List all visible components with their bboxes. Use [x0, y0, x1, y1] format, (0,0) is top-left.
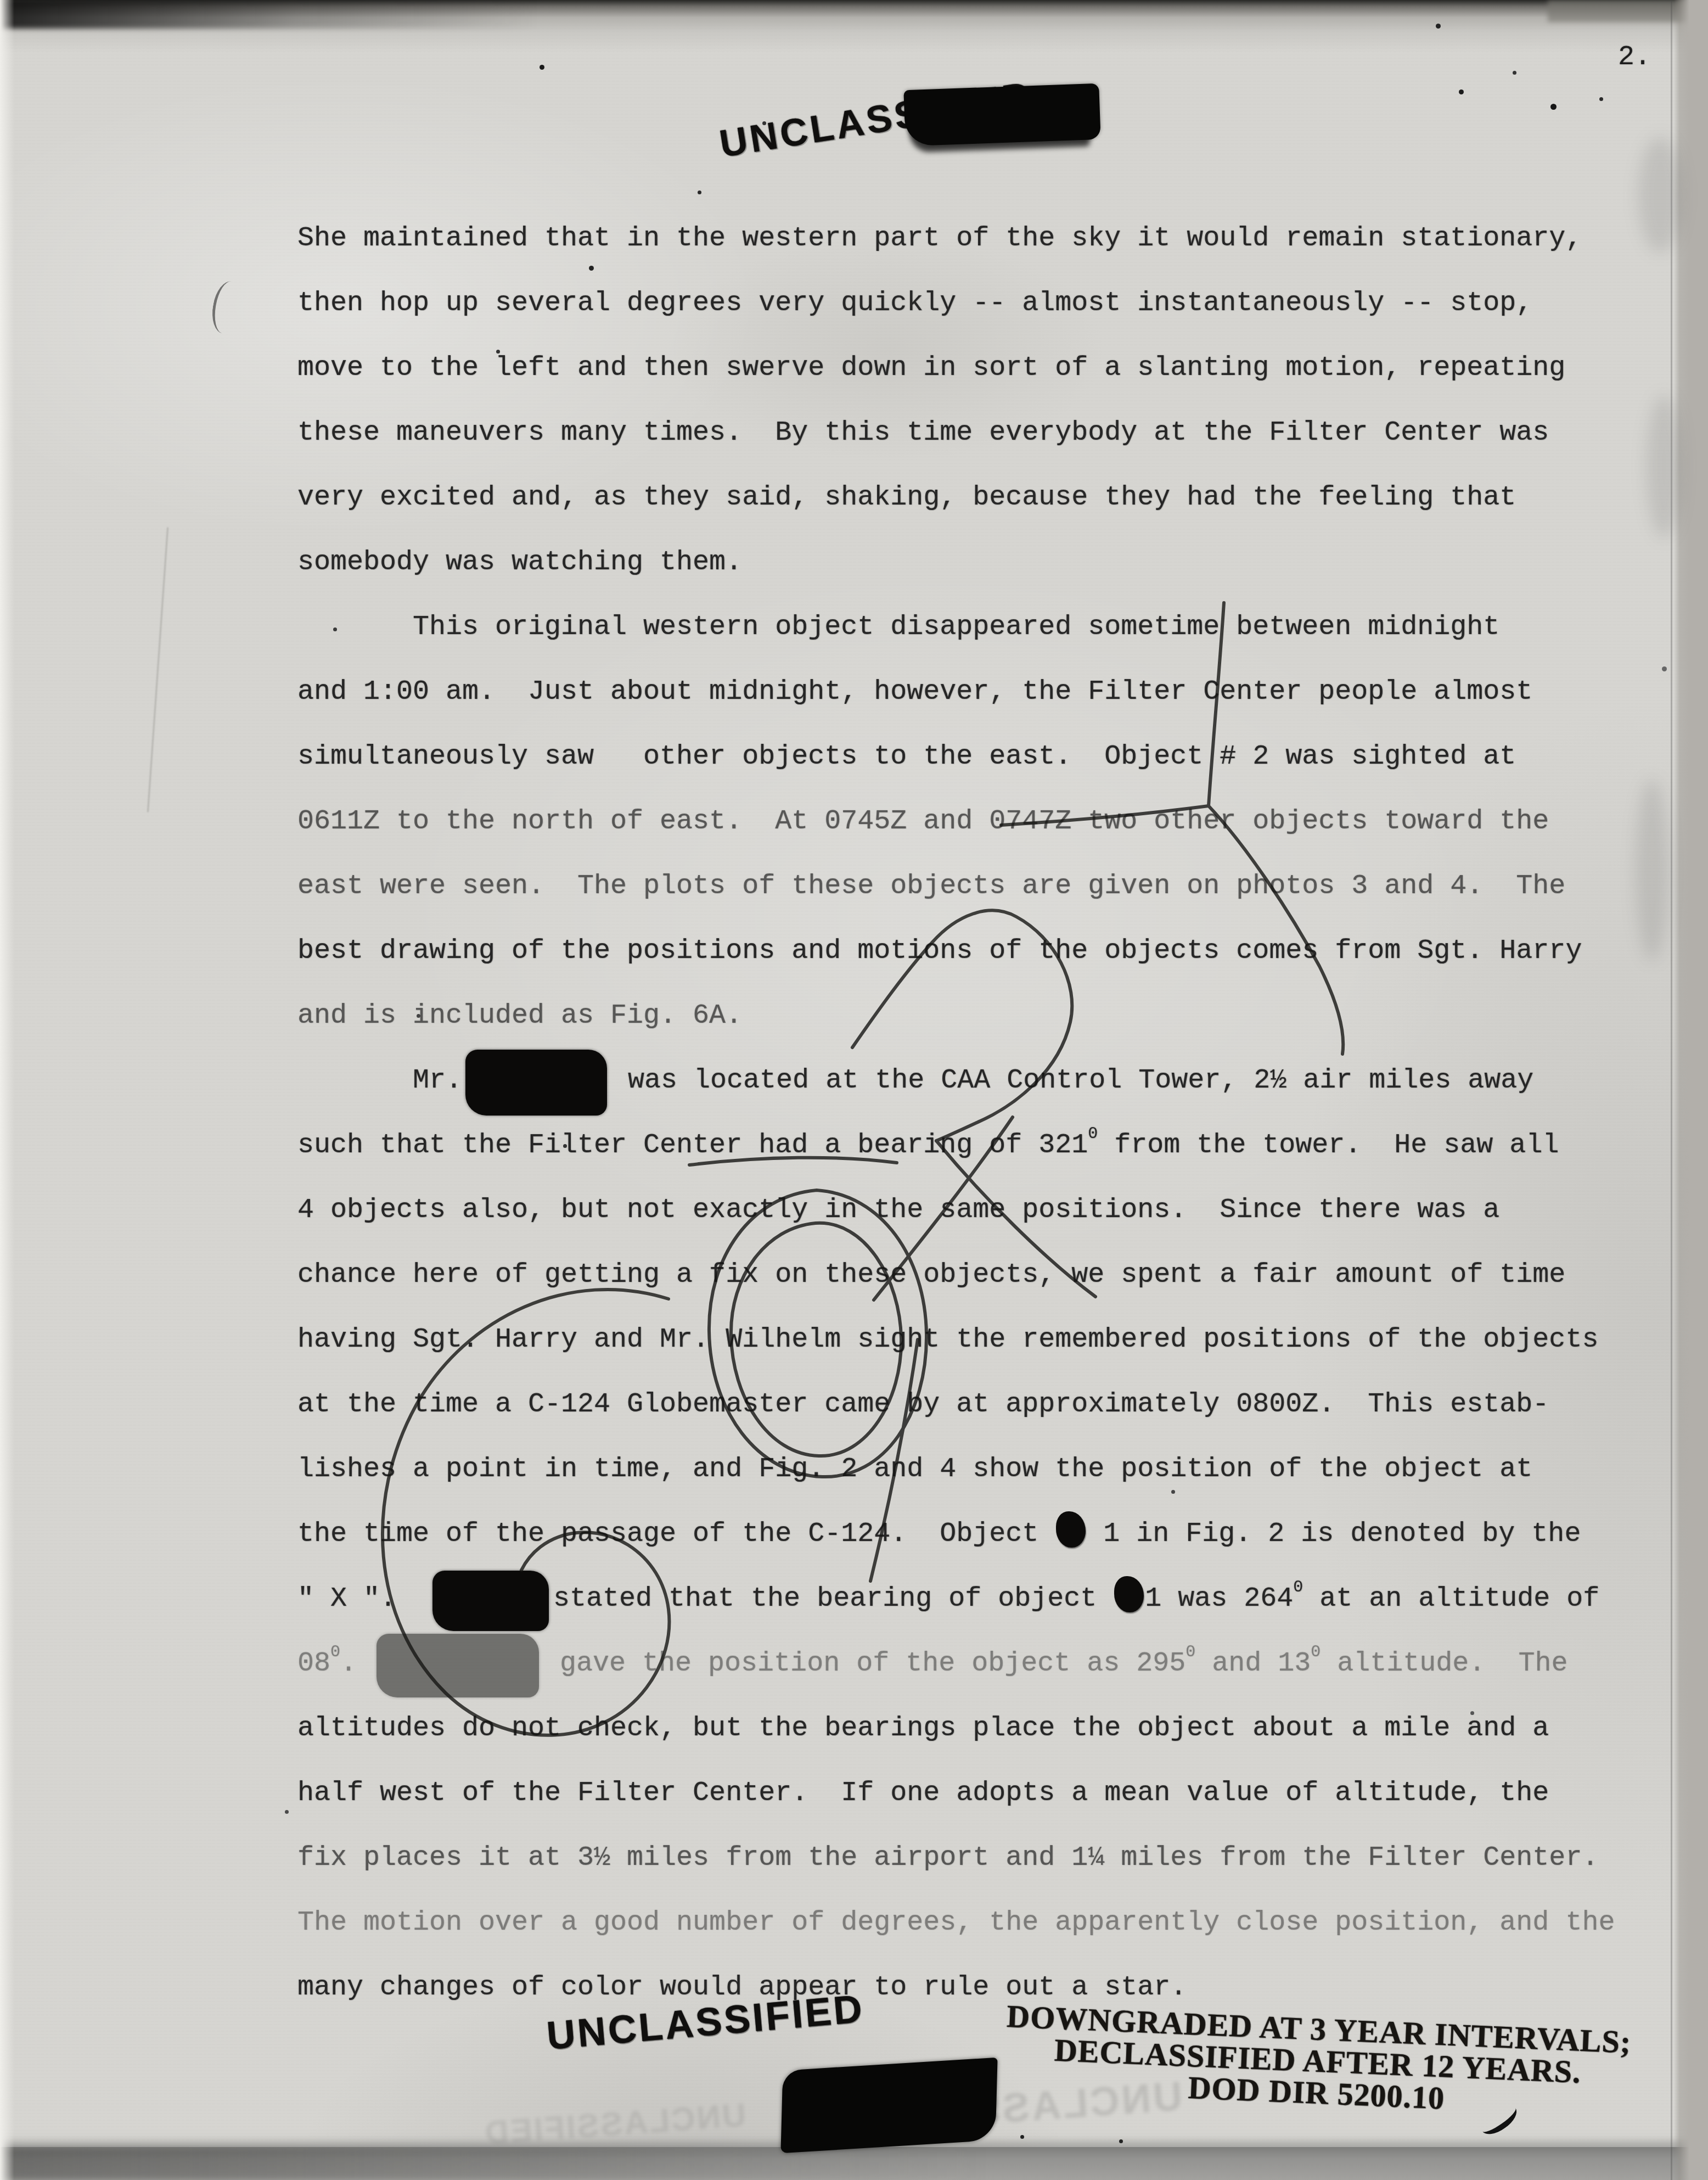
document-line: simultaneously saw other objects to the … — [297, 725, 1615, 789]
ink-specks — [0, 0, 3, 3]
text-segment: and 1:00 am. Just about midnight, howeve… — [297, 676, 1532, 708]
document-line: somebody was watching them. — [297, 530, 1615, 595]
paper-crease-left — [147, 528, 168, 812]
ink-blot — [1114, 1576, 1144, 1612]
text-segment: 1 was 264 — [1145, 1583, 1293, 1615]
document-line: then hop up several degrees very quickly… — [297, 271, 1615, 336]
document-lines: She maintained that in the western part … — [297, 206, 1615, 2020]
text-segment: then hop up several degrees very quickly… — [297, 288, 1532, 319]
document-line: The motion over a good number of degrees… — [297, 1891, 1615, 1955]
bleedthrough-smudge — [1636, 780, 1668, 961]
document-line: 080. gave the position of the object as … — [297, 1632, 1615, 1696]
text-segment: . — [340, 1648, 373, 1679]
document-line: chance here of getting a fix on these ob… — [297, 1243, 1615, 1308]
document-line: many changes of color would appear to ru… — [297, 1955, 1615, 2020]
ghost-stamp-bleedthrough: UNCLASSIFIED — [482, 2095, 747, 2151]
document-line: these maneuvers many times. By this time… — [297, 401, 1615, 466]
text-segment: move to the left and then swerve down in… — [297, 352, 1565, 384]
text-segment: This original western object disappeared… — [297, 612, 1499, 643]
paper-crease-right — [1671, 0, 1672, 2180]
document-line: lishes a point in time, and Fig. 2 and 4… — [297, 1437, 1615, 1502]
degree-superscript: 0 — [1186, 1620, 1195, 1685]
text-segment: chance here of getting a fix on these ob… — [297, 1259, 1565, 1291]
text-segment: and 13 — [1195, 1648, 1311, 1679]
text-segment: 1 in Fig. 2 is denoted by the — [1087, 1518, 1581, 1550]
document-line: very excited and, as they said, shaking,… — [297, 466, 1615, 530]
redaction-bar — [432, 1571, 549, 1631]
text-segment: The motion over a good number of degrees… — [297, 1907, 1615, 1938]
text-segment: half west of the Filter Center. If one a… — [297, 1778, 1549, 1809]
stray-pen-mark — [209, 279, 245, 335]
text-segment: was located at the CAA Control Tower, 2½… — [611, 1065, 1533, 1096]
scan-edge-left — [0, 0, 14, 2180]
text-segment: and is included as Fig. 6A. — [297, 1000, 742, 1032]
document-page: 2. UNCLASSIFIED She maintained that in t… — [0, 0, 1708, 2180]
text-segment: altitudes do not check, but the bearings… — [297, 1713, 1549, 1744]
redaction-bar — [377, 1634, 539, 1697]
scan-edge-top-left — [0, 0, 538, 29]
document-line: fix places it at 3½ miles from the airpo… — [297, 1826, 1615, 1891]
text-segment: at the time a C-124 Globemaster came by … — [297, 1389, 1549, 1420]
page-number: 2. — [1618, 42, 1651, 73]
text-segment: 0611Z to the north of east. At 0745Z and… — [297, 806, 1549, 837]
document-line: half west of the Filter Center. If one a… — [297, 1761, 1615, 1826]
document-line: Mr. was located at the CAA Control Tower… — [297, 1049, 1615, 1113]
text-segment: simultaneously saw other objects to the … — [297, 741, 1516, 772]
document-line: such that the Filter Center had a bearin… — [297, 1113, 1615, 1178]
bleedthrough-smudge — [1638, 137, 1682, 253]
bleedthrough-smudge — [1647, 395, 1682, 538]
document-line: and 1:00 am. Just about midnight, howeve… — [297, 660, 1615, 725]
redaction-bar — [465, 1050, 607, 1116]
degree-superscript: 0 — [1293, 1555, 1303, 1620]
text-segment: stated that the bearing of object — [553, 1583, 1113, 1615]
ink-blot — [1056, 1511, 1086, 1548]
text-segment: altitude. The — [1321, 1648, 1567, 1679]
redaction-blob-top — [903, 83, 1100, 146]
degree-superscript: 0 — [330, 1620, 340, 1685]
text-segment: the time of the passage of the C-124. Ob… — [297, 1518, 1055, 1550]
text-segment: at an altitude of — [1303, 1583, 1599, 1615]
text-segment: 08 — [297, 1648, 330, 1679]
text-segment: from the tower. He saw all — [1098, 1130, 1559, 1161]
text-segment: gave the position of the object as 295 — [543, 1648, 1186, 1679]
text-segment: 4 objects also, but not exactly in the s… — [297, 1195, 1499, 1226]
document-line: best drawing of the positions and motion… — [297, 919, 1615, 984]
document-line: altitudes do not check, but the bearings… — [297, 1696, 1615, 1761]
text-segment: somebody was watching them. — [297, 547, 742, 578]
text-segment: fix places it at 3½ miles from the airpo… — [297, 1842, 1598, 1874]
document-line: 0611Z to the north of east. At 0745Z and… — [297, 789, 1615, 854]
text-segment: these maneuvers many times. By this time… — [297, 417, 1549, 449]
text-segment: lishes a point in time, and Fig. 2 and 4… — [297, 1454, 1532, 1485]
document-line: having Sgt. Harry and Mr. Wilhelm sight … — [297, 1308, 1615, 1372]
document-line: the time of the passage of the C-124. Ob… — [297, 1502, 1615, 1567]
scan-edge-right — [1674, 0, 1708, 2180]
degree-superscript: 0 — [1088, 1102, 1098, 1167]
text-segment: having Sgt. Harry and Mr. Wilhelm sight … — [297, 1324, 1598, 1355]
redaction-blob-bottom — [780, 2058, 997, 2153]
text-segment: best drawing of the positions and motion… — [297, 935, 1582, 967]
document-line: She maintained that in the western part … — [297, 206, 1615, 271]
document-line: move to the left and then swerve down in… — [297, 336, 1615, 401]
document-line: " X ". stated that the bearing of object… — [297, 1567, 1615, 1632]
text-segment: Mr. — [297, 1065, 462, 1096]
scan-edge-bottom-shadow — [0, 2148, 991, 2180]
document-line: 4 objects also, but not exactly in the s… — [297, 1178, 1615, 1243]
document-line: east were seen. The plots of these objec… — [297, 854, 1615, 919]
document-line: This original western object disappeared… — [297, 595, 1615, 660]
text-segment: such that the Filter Center had a bearin… — [297, 1130, 1088, 1161]
document-line: and is included as Fig. 6A. — [297, 984, 1615, 1049]
text-segment: " X ". — [297, 1583, 429, 1615]
text-segment: east were seen. The plots of these objec… — [297, 871, 1565, 902]
text-segment: She maintained that in the western part … — [297, 223, 1582, 254]
degree-superscript: 0 — [1311, 1620, 1321, 1685]
document-line: at the time a C-124 Globemaster came by … — [297, 1372, 1615, 1437]
text-segment: very excited and, as they said, shaking,… — [297, 482, 1516, 513]
